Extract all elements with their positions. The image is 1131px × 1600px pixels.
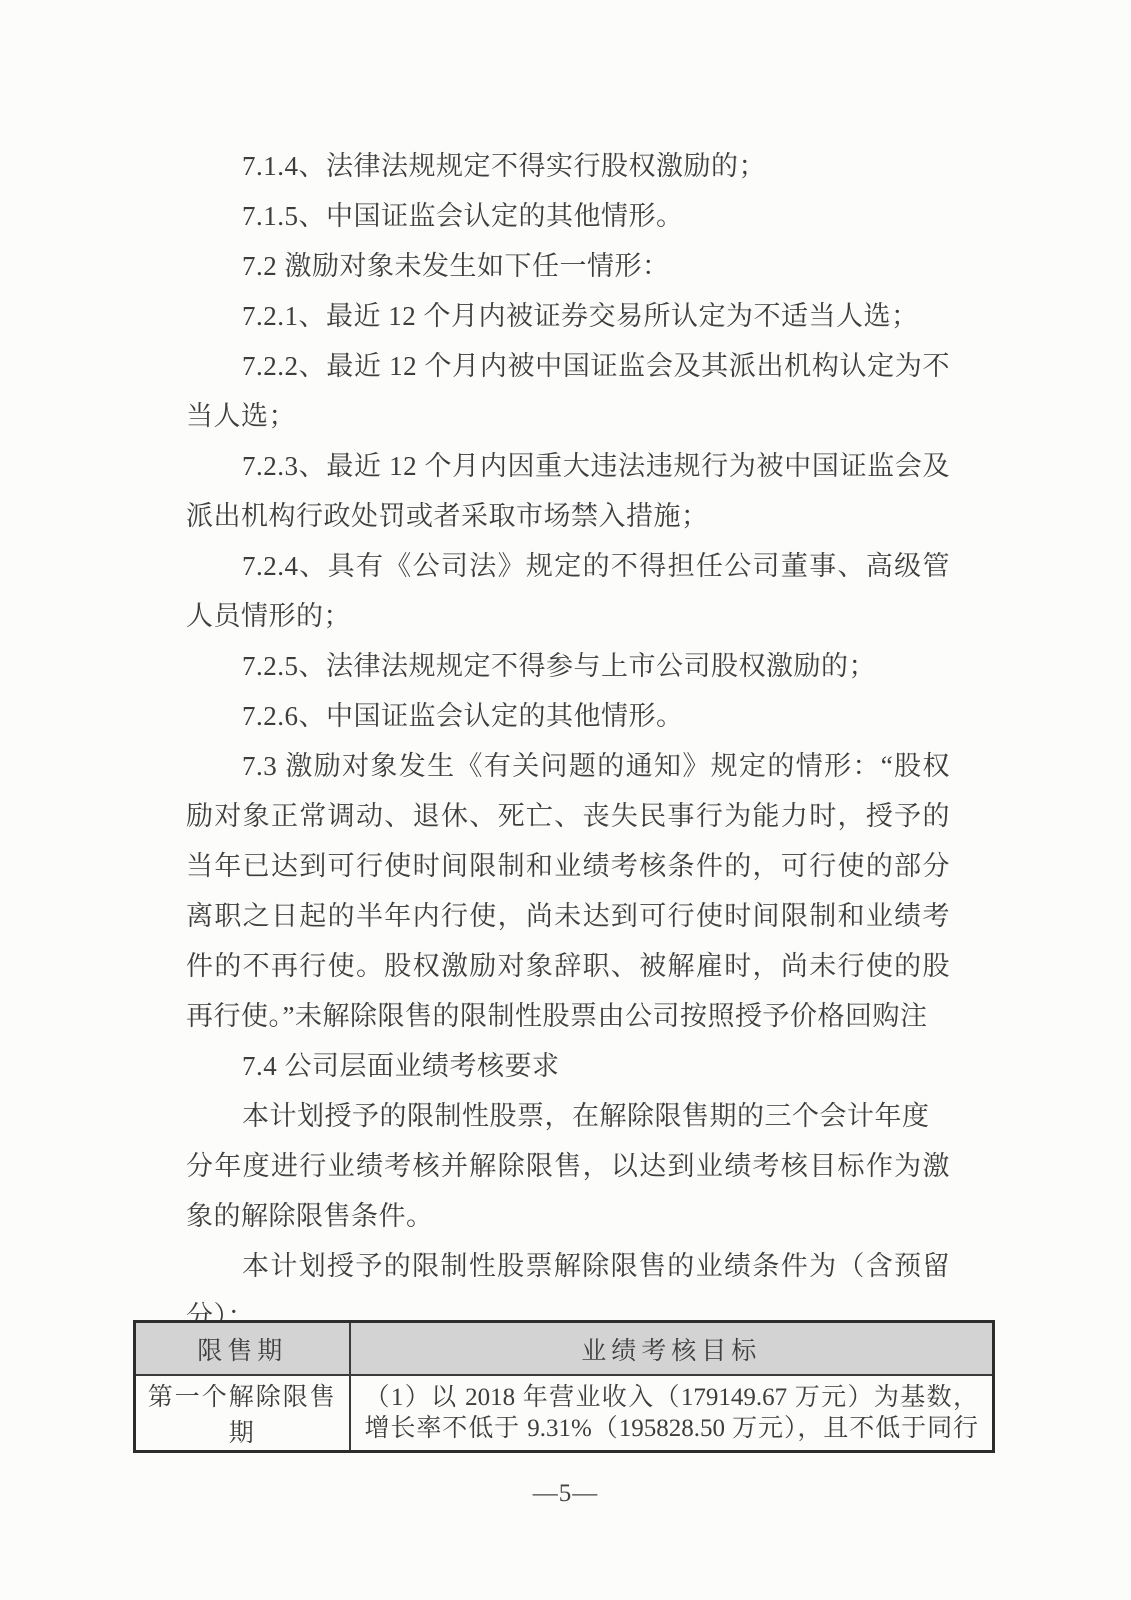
text-line: 再行使。”未解除限售的限制性股票由公司按照授予价格回购注销。	[186, 991, 950, 1041]
table-target-cell: （1）以 2018 年营业收入（179149.67 万元）为基数，2020 年度…	[350, 1375, 994, 1452]
text-line: 本计划授予的限制性股票解除限售的业绩条件为（含预留部	[186, 1241, 950, 1291]
page-number: —5—	[0, 1480, 1131, 1508]
table-period-cell: 第一个解除限售期	[135, 1375, 350, 1452]
text-line: 离职之日起的半年内行使，尚未达到可行使时间限制和业绩考核条	[186, 891, 950, 941]
text-line: 7.2.1、最近 12 个月内被证券交易所认定为不适当人选；	[186, 291, 950, 341]
text-line: 象的解除限售条件。	[186, 1191, 950, 1241]
table-header-row: 限售期 业绩考核目标	[135, 1322, 994, 1376]
text-line: 派出机构行政处罚或者采取市场禁入措施；	[186, 491, 950, 541]
text-line: 7.2.4、具有《公司法》规定的不得担任公司董事、高级管理	[186, 541, 950, 591]
table-cell-line: （1）以 2018 年营业收入（179149.67 万元）为基数，2020 年度…	[365, 1382, 979, 1413]
text-line: 7.2.3、最近 12 个月内因重大违法违规行为被中国证监会及其	[186, 441, 950, 491]
text-line: 本计划授予的限制性股票，在解除限售期的三个会计年度中，	[186, 1091, 950, 1141]
text-line: 7.2 激励对象未发生如下任一情形：	[186, 241, 950, 291]
text-line: 当年已达到可行使时间限制和业绩考核条件的，可行使的部分可在	[186, 841, 950, 891]
table-header-period: 限售期	[135, 1322, 350, 1376]
document-page: 7.1.4、法律法规规定不得实行股权激励的；7.1.5、中国证监会认定的其他情形…	[0, 0, 1131, 1600]
text-line: 7.2.6、中国证监会认定的其他情形。	[186, 691, 950, 741]
text-line: 7.3 激励对象发生《有关问题的通知》规定的情形：“股权激	[186, 741, 950, 791]
text-line: 当人选；	[186, 391, 950, 441]
text-line: 分年度进行业绩考核并解除限售，以达到业绩考核目标作为激励对	[186, 1141, 950, 1191]
table-header-target: 业绩考核目标	[350, 1322, 994, 1376]
table-cell-line: 增长率不低于 9.31%（195828.50 万元），且不低于同行业平均水平值或…	[365, 1413, 979, 1444]
text-line: 7.1.4、法律法规规定不得实行股权激励的；	[186, 141, 950, 191]
text-line: 励对象正常调动、退休、死亡、丧失民事行为能力时，授予的股权	[186, 791, 950, 841]
text-line: 7.2.2、最近 12 个月内被中国证监会及其派出机构认定为不适	[186, 341, 950, 391]
text-lines: 7.1.4、法律法规规定不得实行股权激励的；7.1.5、中国证监会认定的其他情形…	[186, 141, 950, 1341]
text-line: 7.4 公司层面业绩考核要求	[186, 1041, 950, 1091]
text-line: 人员情形的；	[186, 591, 950, 641]
performance-table: 限售期 业绩考核目标 第一个解除限售期 （1）以 2018 年营业收入（1791…	[133, 1320, 995, 1453]
text-line: 件的不再行使。股权激励对象辞职、被解雇时，尚未行使的股权不	[186, 941, 950, 991]
text-line: 7.2.5、法律法规规定不得参与上市公司股权激励的；	[186, 641, 950, 691]
table-row: 第一个解除限售期 （1）以 2018 年营业收入（179149.67 万元）为基…	[135, 1375, 994, 1452]
text-line: 7.1.5、中国证监会认定的其他情形。	[186, 191, 950, 241]
